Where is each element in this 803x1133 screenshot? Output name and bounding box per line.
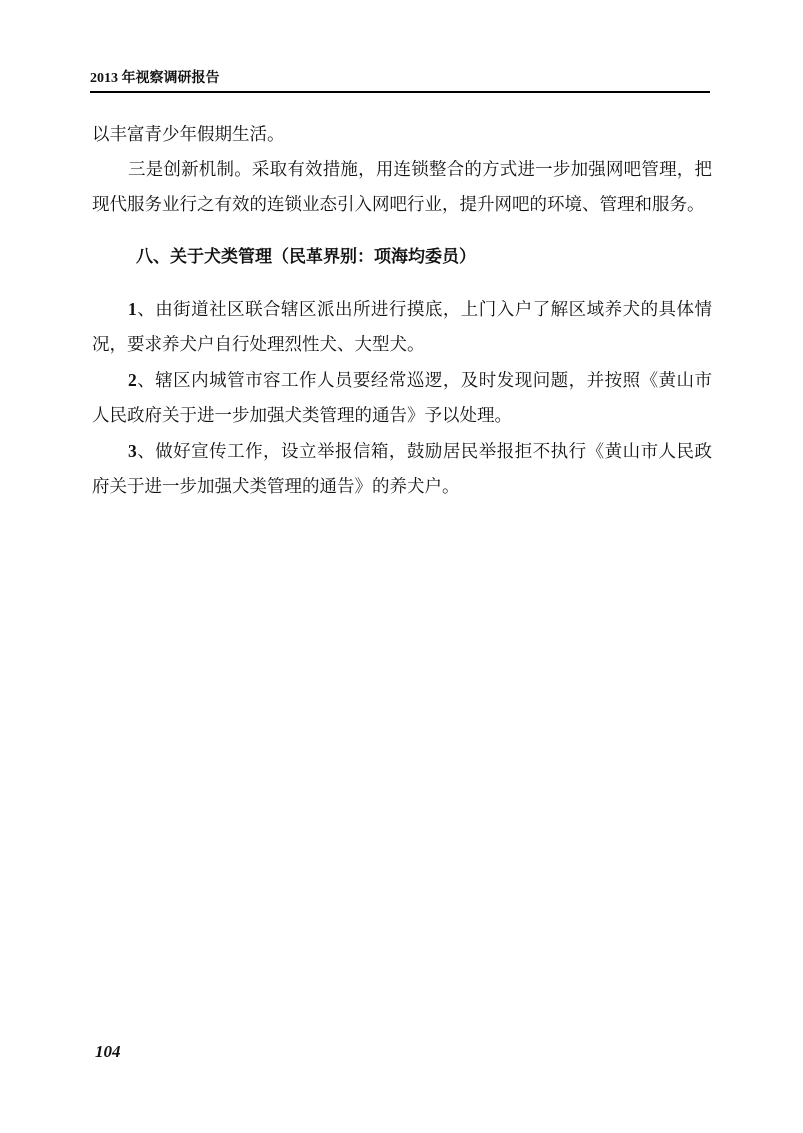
paragraph-innovation: 三是创新机制。采取有效措施，用连锁整合的方式进一步加强网吧管理，把现代服务业行之… <box>92 153 712 223</box>
header-rule <box>90 91 710 93</box>
list-item-text: 、由街道社区联合辖区派出所进行摸底，上门入户了解区域养犬的具体情况，要求养犬户自… <box>92 300 712 355</box>
page-body: 以丰富青少年假期生活。 三是创新机制。采取有效措施，用连锁整合的方式进一步加强网… <box>92 118 712 505</box>
section-heading: 八、关于犬类管理（民革界别：项海均委员） <box>92 240 712 275</box>
header-title: 2013 年视察调研报告 <box>90 70 710 88</box>
list-item-text: 、做好宣传工作，设立举报信箱，鼓励居民举报拒不执行《黄山市人民政府关于进一步加强… <box>92 442 712 497</box>
page-number: 104 <box>95 1042 121 1062</box>
list-item-1: 1、由街道社区联合辖区派出所进行摸底，上门入户了解区域养犬的具体情况，要求养犬户… <box>92 292 712 363</box>
list-item-3: 3、做好宣传工作，设立举报信箱，鼓励居民举报拒不执行《黄山市人民政府关于进一步加… <box>92 434 712 505</box>
running-header: 2013 年视察调研报告 <box>90 70 710 88</box>
paragraph-continuation: 以丰富青少年假期生活。 <box>92 118 712 153</box>
list-item-number: 1 <box>128 299 137 319</box>
list-item-number: 2 <box>128 370 137 390</box>
list-item-2: 2、辖区内城管市容工作人员要经常巡逻，及时发现问题，并按照《黄山市人民政府关于进… <box>92 363 712 434</box>
list-item-number: 3 <box>128 441 137 461</box>
list-item-text: 、辖区内城管市容工作人员要经常巡逻，及时发现问题，并按照《黄山市人民政府关于进一… <box>92 371 712 426</box>
